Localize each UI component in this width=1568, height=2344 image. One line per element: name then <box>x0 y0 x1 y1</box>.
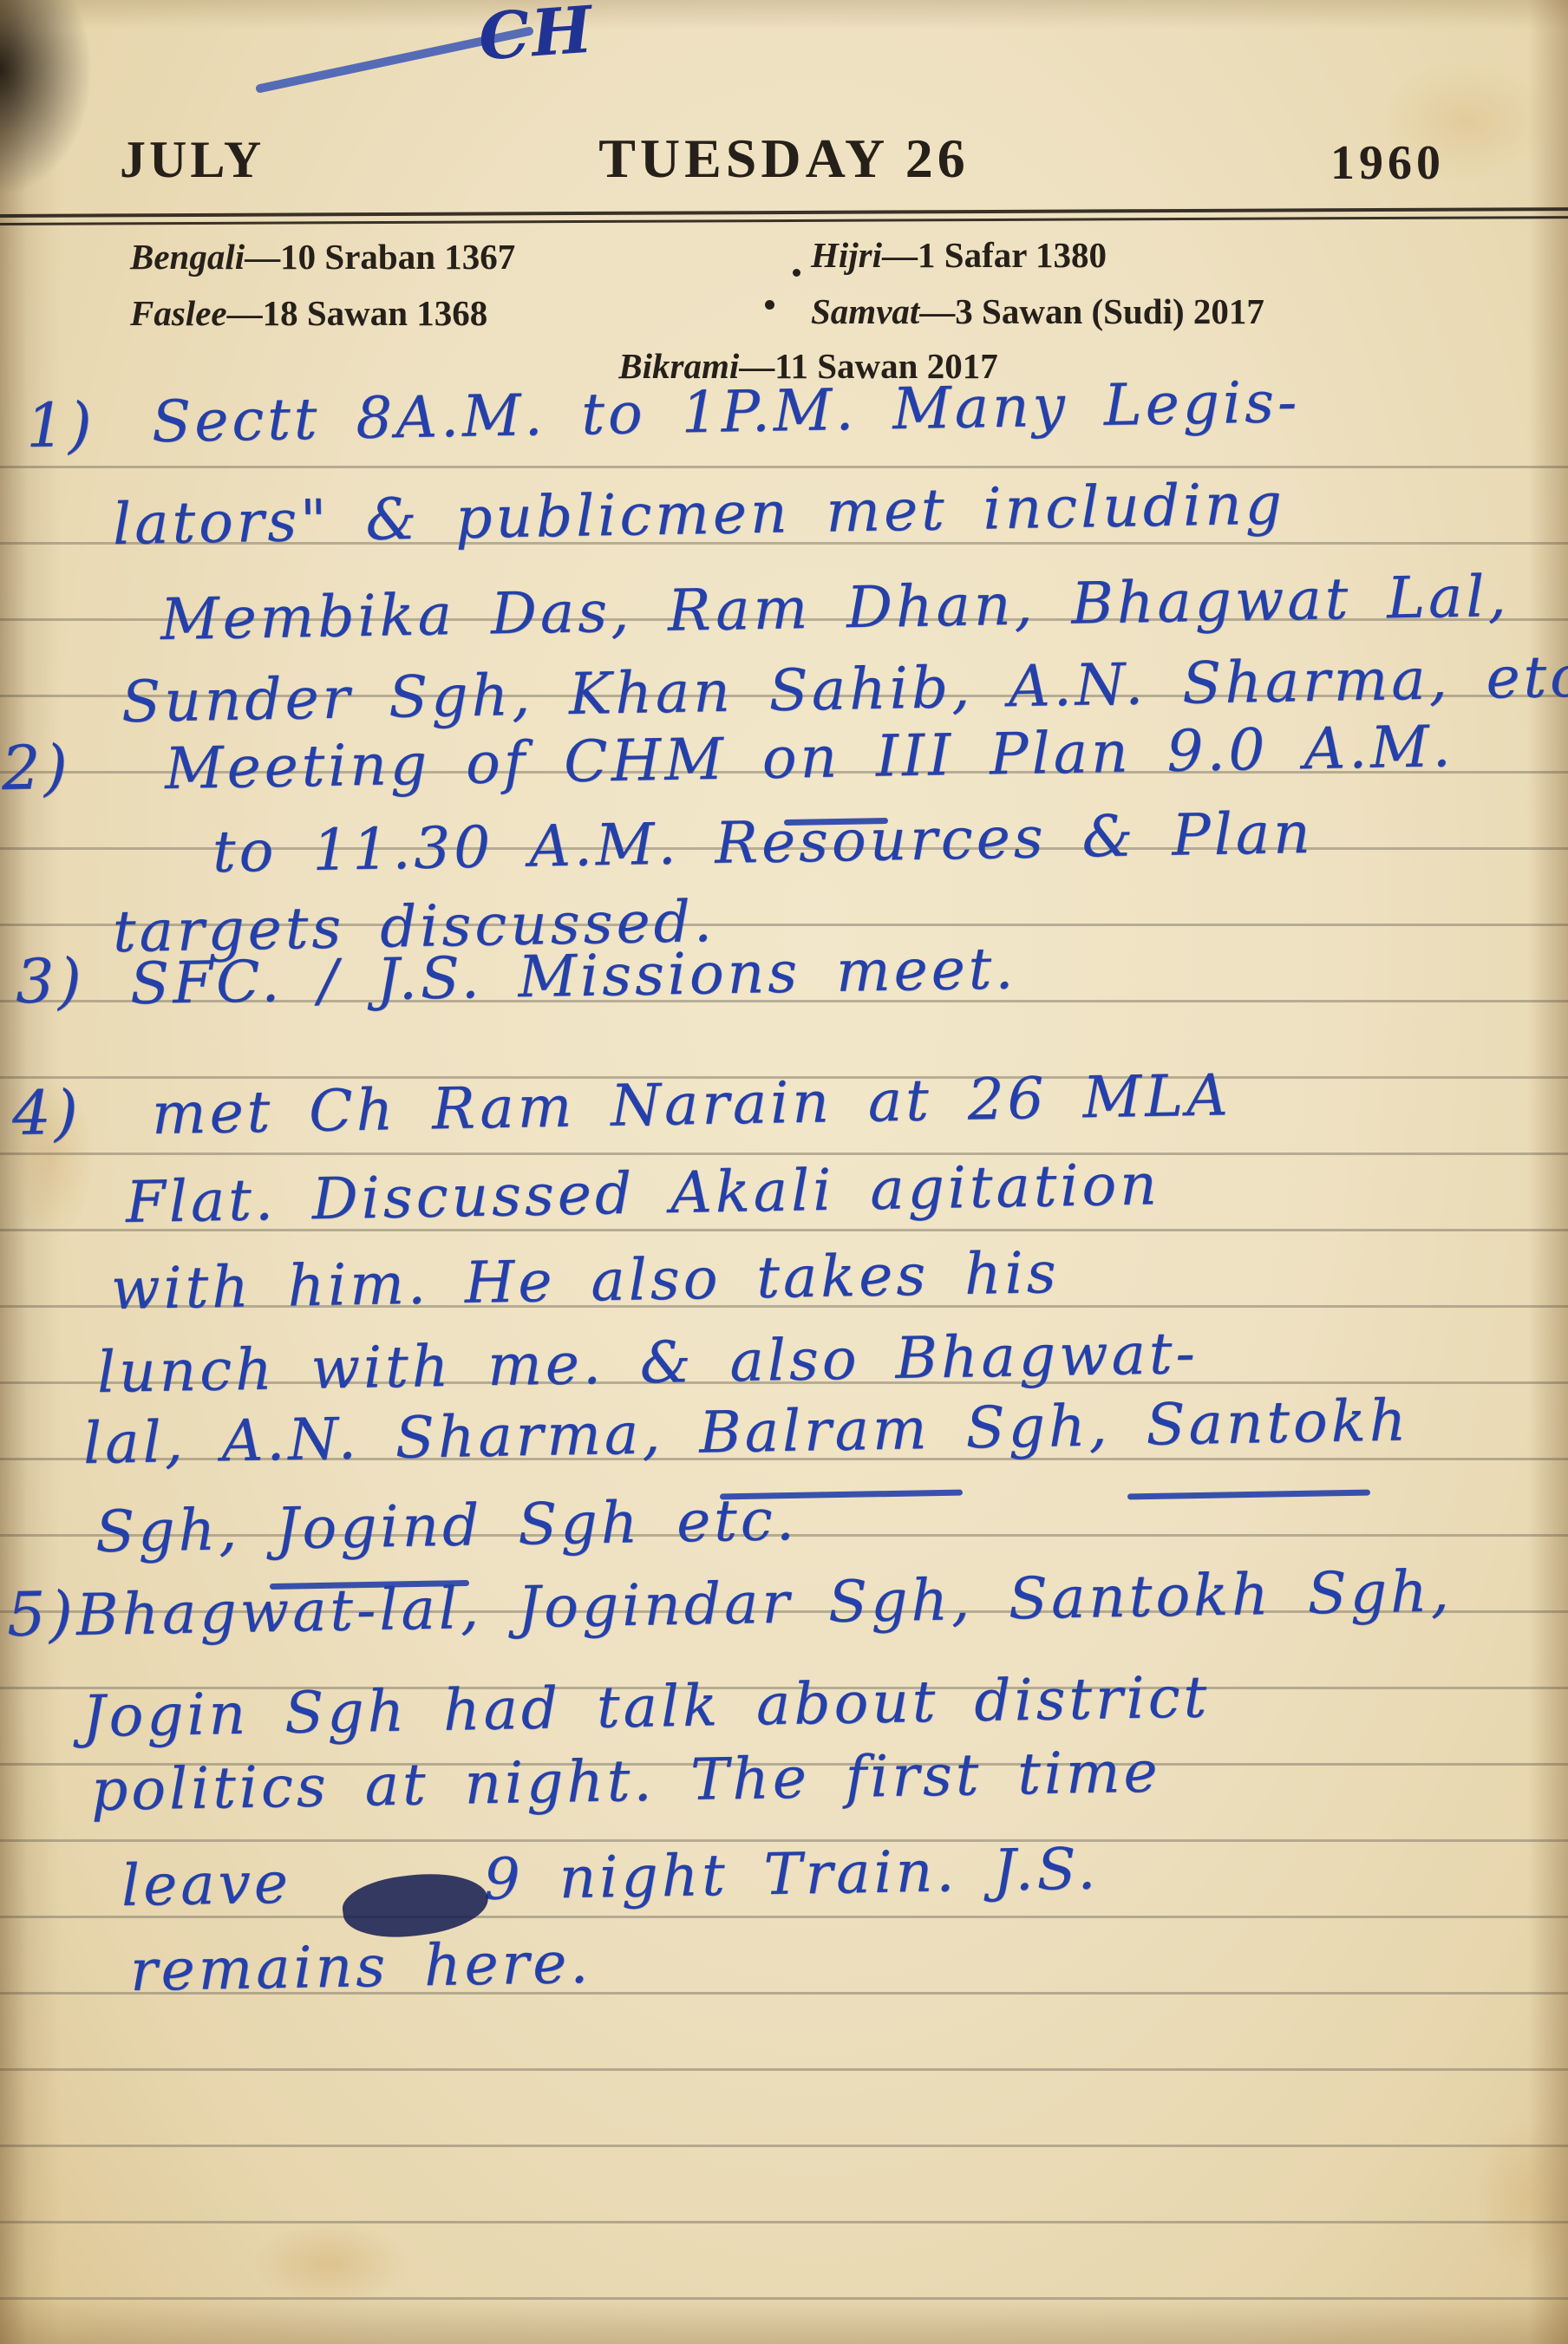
entry-4-line-3: with him. He also takes his <box>110 1243 1060 1319</box>
calendar-samvat-label: Samvat <box>811 291 919 331</box>
entry-4-number: 4) <box>11 1081 82 1146</box>
entry-5-number: 5) <box>6 1583 76 1648</box>
entry-4-line-6: Sgh, Jogind Sgh etc. <box>95 1490 798 1562</box>
calendar-faslee-label: Faslee <box>130 293 227 333</box>
entry-5-line-5: remains here. <box>129 1933 591 2001</box>
bottom-edge-shadow <box>0 2295 1568 2344</box>
calendar-hijri: Hijri—1 Safar 1380 <box>811 234 1107 276</box>
calendar-faslee-value: —18 Sawan 1368 <box>227 293 488 333</box>
calendar-bengali-value: —10 Sraban 1367 <box>245 237 515 277</box>
header-double-rule <box>0 207 1568 225</box>
calendar-bengali: Bengali—10 Sraban 1367 <box>130 236 515 277</box>
year-title: 1960 <box>1330 135 1445 191</box>
entry-3-number: 3) <box>15 950 85 1015</box>
entry-2-number: 2) <box>1 736 71 801</box>
calendar-samvat: Samvat—3 Sawan (Sudi) 2017 <box>811 291 1264 332</box>
paper-stain <box>1474 2116 1568 2272</box>
entry-3-line-1: SFC. / J.S. Missions meet. <box>129 938 1016 1014</box>
calendar-hijri-value: —1 Safar 1380 <box>882 235 1107 275</box>
paper-stain <box>252 2220 408 2307</box>
entry-5-line-4: leave 9 night Train. J.S. <box>121 1838 1099 1916</box>
printed-dot <box>765 300 774 310</box>
calendar-faslee: Faslee—18 Sawan 1368 <box>130 292 487 334</box>
calendar-samvat-value: —3 Sawan (Sudi) 2017 <box>919 291 1264 331</box>
calendar-hijri-label: Hijri <box>811 235 882 275</box>
top-edge-shadow <box>0 0 1568 29</box>
handwritten-ch-mark: CH <box>477 0 597 70</box>
printed-dot <box>793 269 800 277</box>
diary-page: CH JULY TUESDAY 26 1960 Bengali—10 Sraba… <box>0 0 1568 2344</box>
calendar-bengali-label: Bengali <box>130 237 245 277</box>
entry-1-number: 1) <box>25 394 95 459</box>
